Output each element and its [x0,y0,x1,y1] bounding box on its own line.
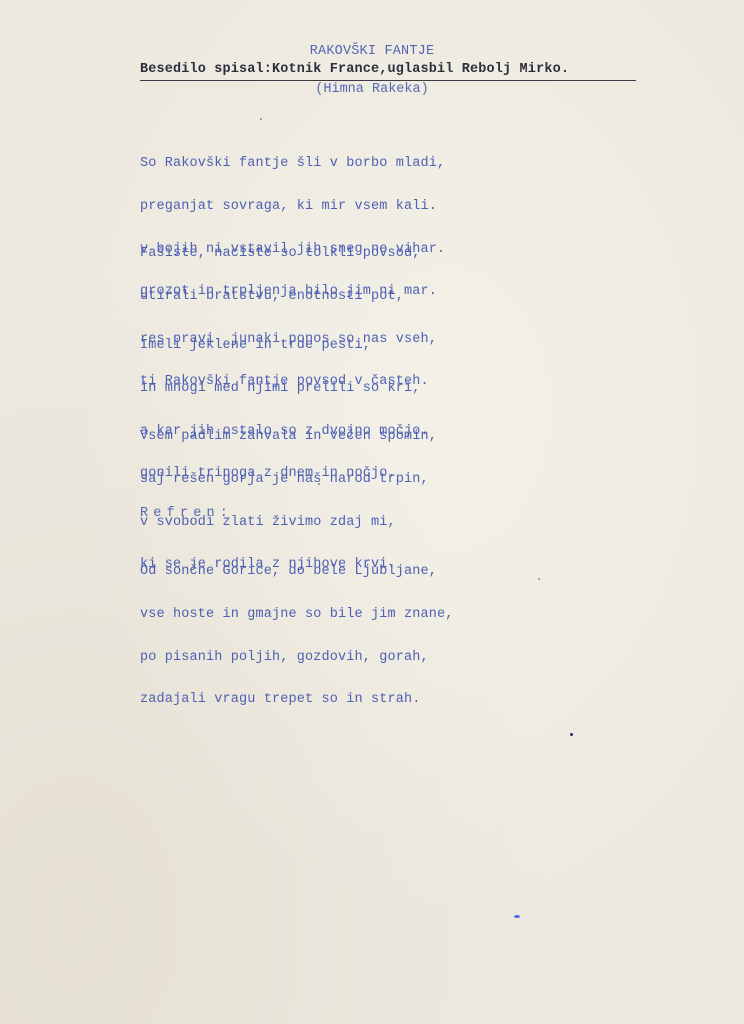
refrain: Od sončne Gorice, do bele Ljubljane, vse… [140,537,454,736]
ink-speck [514,915,520,918]
verse-line: Od sončne Gorice, do bele Ljubljane, [140,565,454,579]
verse-line: vse hoste in gmajne so bile jim znane, [140,608,454,622]
ink-speck [318,483,320,485]
byline-underline [140,80,636,81]
verse-line: utirali bratstvu, enotnosti pot, [140,290,437,304]
verse-line: Vsem padlim zahvala in večen spomin, [140,430,437,444]
verse-line: Imeli jeklene in trde pesti, [140,339,429,353]
ink-speck [260,118,262,120]
verse-line: in mnogi med njimi prelili so kri, [140,382,429,396]
verse-line: po pisanih poljih, gozdovih, gorah, [140,651,454,665]
verse-line: Fašiste, naciste so tolkli povsod, [140,247,437,261]
author-byline: Besedilo spisal:Kotnik France,uglasbil R… [140,62,569,77]
verse-line: zadajali vragu trepet so in strah. [140,693,454,707]
verse-line: So Rakovški fantje šli v borbo mladi, [140,157,445,171]
song-title: RAKOVŠKI FANTJE [0,44,744,59]
song-subtitle: (Himna Rakeka) [0,82,744,97]
ink-speck [538,578,540,580]
paper-sheet: RAKOVŠKI FANTJE Besedilo spisal:Kotnik F… [0,0,744,1024]
verse-line: preganjat sovraga, ki mir vsem kali. [140,200,445,214]
ink-speck [570,733,573,736]
verse-line: saj rešen gorja je naš narod trpin, [140,473,437,487]
refrain-label: Refren: [140,506,233,521]
